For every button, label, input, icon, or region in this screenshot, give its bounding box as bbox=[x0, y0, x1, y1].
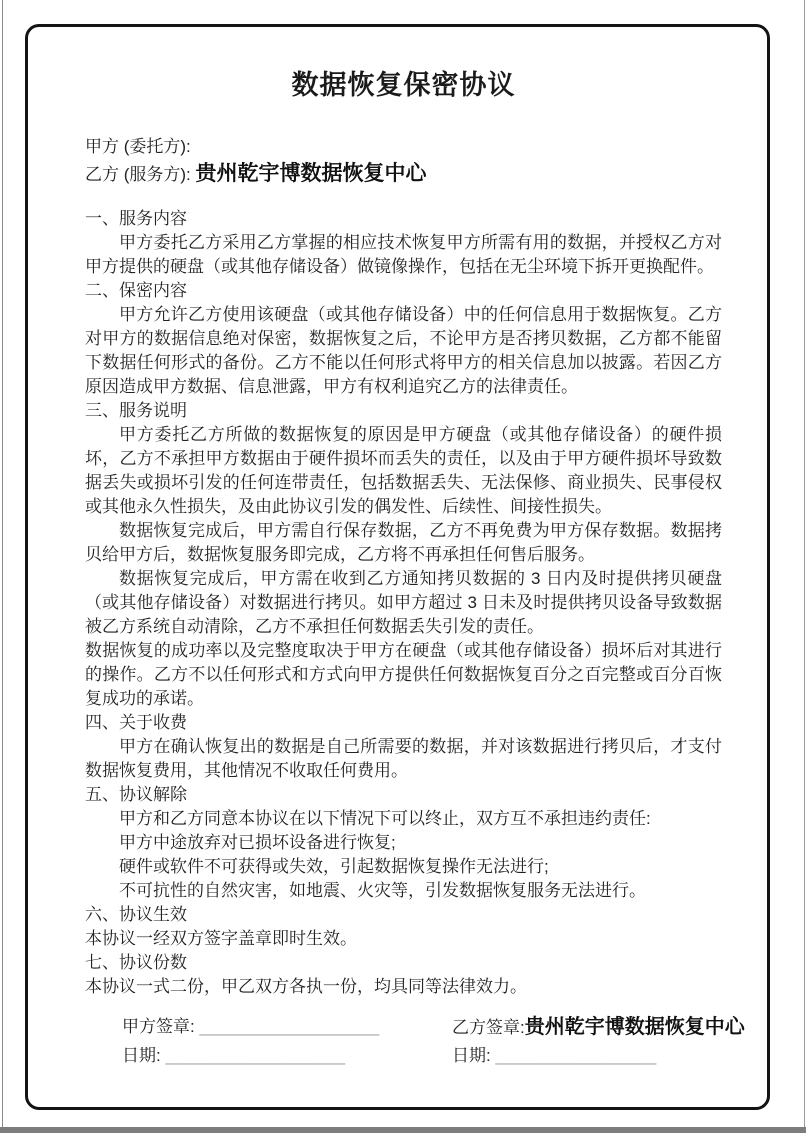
paragraph: 甲方中途放弃对已损坏设备进行恢复; bbox=[85, 831, 722, 855]
paragraph: 甲方在确认恢复出的数据是自己所需要的数据，并对该数据进行拷贝后，才支付数据恢复费… bbox=[85, 735, 722, 783]
parties-block: 甲方 (委托方): 乙方 (服务方): 贵州乾宇博数据恢复中心 bbox=[85, 133, 722, 188]
party-b-date-line: _________________ bbox=[495, 1046, 656, 1065]
paragraph: 本协议一式二份，甲乙双方各执一份，均具同等法律效力。 bbox=[85, 975, 722, 999]
party-b-date-label: 日期: bbox=[452, 1046, 491, 1065]
paragraph: 甲方和乙方同意本协议在以下情况下可以终止，双方互不承担违约责任: bbox=[85, 807, 722, 831]
party-b-date-row: 日期: _________________ bbox=[452, 1042, 745, 1070]
section-heading-7: 七、协议份数 bbox=[85, 951, 722, 975]
paragraph: 甲方委托乙方采用乙方掌握的相应技术恢复甲方所需有用的数据，并授权乙方对甲方提供的… bbox=[85, 231, 722, 279]
paragraph: 甲方委托乙方所做的数据恢复的原因是甲方硬盘（或其他存储设备）的硬件损坏，乙方不承… bbox=[85, 423, 722, 519]
party-b-line: 乙方 (服务方): 贵州乾宇博数据恢复中心 bbox=[85, 160, 722, 188]
screenshot-stage: 数据恢复保密协议 甲方 (委托方): 乙方 (服务方): 贵州乾宇博数据恢复中心… bbox=[0, 0, 806, 1133]
party-b-seal-name: 贵州乾宇博数据恢复中心 bbox=[525, 1016, 745, 1038]
window-right-edge bbox=[804, 0, 805, 1127]
party-a-line: 甲方 (委托方): bbox=[85, 133, 722, 160]
paragraph: 数据恢复完成后，甲方需在收到乙方通知拷贝数据的 3 日内及时提供拷贝硬盘（或其他… bbox=[85, 567, 722, 639]
section-heading-1: 一、服务内容 bbox=[85, 207, 722, 231]
section-heading-2: 二、保密内容 bbox=[85, 279, 722, 303]
document-content: 数据恢复保密协议 甲方 (委托方): 乙方 (服务方): 贵州乾宇博数据恢复中心… bbox=[28, 27, 767, 1107]
party-a-seal-label: 甲方签章: bbox=[122, 1017, 195, 1036]
party-a-date-row: 日期: ___________________ bbox=[122, 1042, 452, 1070]
paragraph: 数据恢复完成后，甲方需自行保存数据，乙方不再免费为甲方保存数据。数据拷贝给甲方后… bbox=[85, 519, 722, 567]
paragraph: 数据恢复的成功率以及完整度取决于甲方在硬盘（或其他存储设备）损坏后对其进行的操作… bbox=[85, 639, 722, 711]
party-b-seal-row: 乙方签章:贵州乾宇博数据恢复中心 bbox=[452, 1013, 745, 1042]
party-a-label: 甲方 (委托方): bbox=[85, 137, 191, 156]
paragraph: 硬件或软件不可获得或失效，引起数据恢复操作无法进行; bbox=[85, 855, 722, 879]
agreement-body: 一、服务内容 甲方委托乙方采用乙方掌握的相应技术恢复甲方所需有用的数据，并授权乙… bbox=[85, 207, 722, 999]
party-a-seal-row: 甲方签章: ___________________ bbox=[122, 1013, 452, 1042]
section-heading-3: 三、服务说明 bbox=[85, 399, 722, 423]
paragraph: 甲方允许乙方使用该硬盘（或其他存储设备）中的任何信息用于数据恢复。乙方对甲方的数… bbox=[85, 303, 722, 399]
party-b-label: 乙方 (服务方): bbox=[85, 165, 191, 184]
signature-block: 甲方签章: ___________________ 乙方签章:贵州乾宇博数据恢复… bbox=[85, 1013, 722, 1070]
page-title: 数据恢复保密协议 bbox=[85, 68, 722, 102]
document-page: 数据恢复保密协议 甲方 (委托方): 乙方 (服务方): 贵州乾宇博数据恢复中心… bbox=[25, 24, 770, 1110]
paragraph: 不可抗性的自然灾害，如地震、火灾等，引发数据恢复服务无法进行。 bbox=[85, 879, 722, 903]
party-a-seal-line: ___________________ bbox=[199, 1017, 379, 1036]
party-a-date-label: 日期: bbox=[122, 1046, 161, 1065]
section-heading-6: 六、协议生效 bbox=[85, 903, 722, 927]
window-bottom-bar bbox=[0, 1127, 806, 1133]
section-heading-4: 四、关于收费 bbox=[85, 711, 722, 735]
paragraph: 本协议一经双方签字盖章即时生效。 bbox=[85, 927, 722, 951]
party-b-seal-label: 乙方签章: bbox=[452, 1018, 525, 1037]
window-left-edge bbox=[2, 0, 3, 1127]
party-b-name: 贵州乾宇博数据恢复中心 bbox=[196, 162, 427, 185]
section-heading-5: 五、协议解除 bbox=[85, 783, 722, 807]
party-a-date-line: ___________________ bbox=[165, 1046, 345, 1065]
